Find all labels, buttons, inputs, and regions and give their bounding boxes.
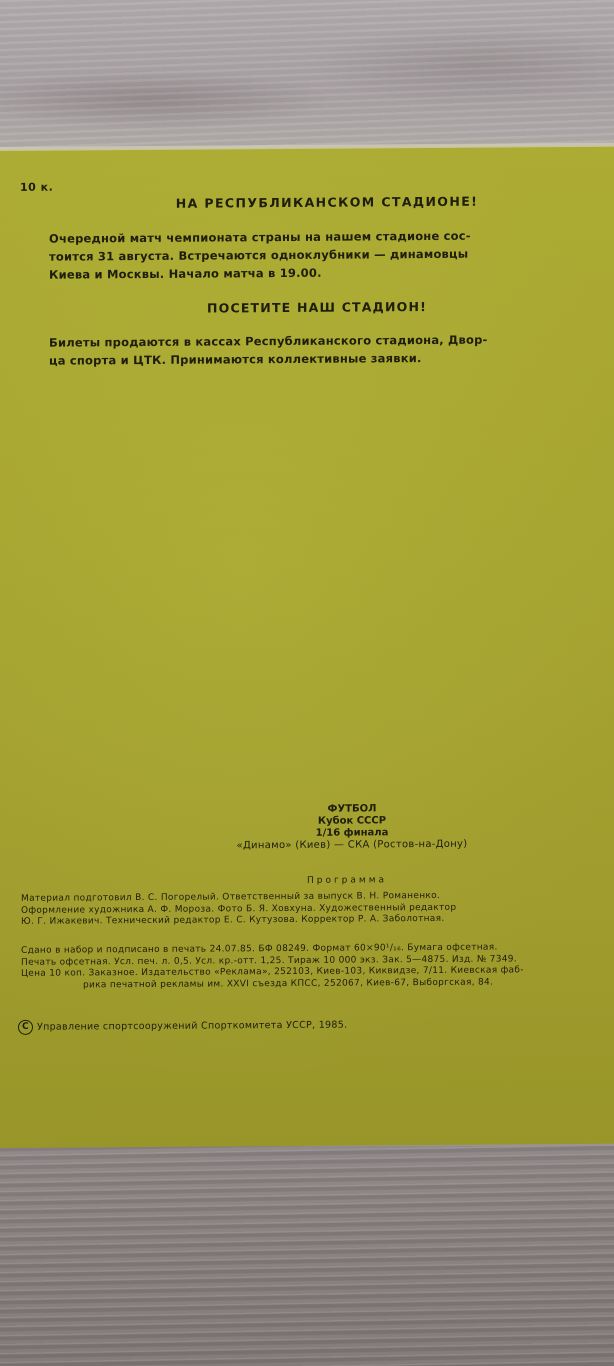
tickets-line: ца спорта и ЦТК. Принимаются коллективны… xyxy=(49,348,554,370)
announcement-line: Киева и Москвы. Начало матча в 19.00. xyxy=(49,262,554,284)
copyright-notice: C Управление спортсооружений Спорткомите… xyxy=(18,1018,347,1035)
wooden-surface-bottom xyxy=(0,1146,614,1366)
copyright-icon: C xyxy=(18,1020,33,1035)
program-label: Программа xyxy=(0,874,614,888)
event-info: ФУТБОЛ Кубок СССР 1/16 финала «Динамо» (… xyxy=(0,802,614,854)
imprint-block: Сдано в набор и подписано в печать 24.07… xyxy=(21,942,599,992)
credits-block: Материал подготовил В. С. Погорелый. Отв… xyxy=(21,890,599,929)
program-back-cover: 10 к. НА РЕСПУБЛИКАНСКОМ СТАДИОНЕ! Очере… xyxy=(0,146,614,1148)
match-label: «Динамо» (Киев) — СКА (Ростов-на-Дону) xyxy=(90,838,614,854)
heading-visit-stadium: ПОСЕТИТЕ НАШ СТАДИОН! xyxy=(0,298,614,317)
copyright-text: Управление спортсооружений Спорткомитета… xyxy=(37,1020,347,1033)
tickets-line: Билеты продаются в кассах Республиканско… xyxy=(49,330,554,352)
heading-republican-stadium: НА РЕСПУБЛИКАНСКОМ СТАДИОНЕ! xyxy=(0,193,614,212)
price-label: 10 к. xyxy=(20,181,53,194)
wooden-surface-top xyxy=(0,0,614,155)
announcement-paragraph: Очередной матч чемпионата страны на наше… xyxy=(49,226,554,284)
tickets-paragraph: Билеты продаются в кассах Республиканско… xyxy=(49,330,554,370)
